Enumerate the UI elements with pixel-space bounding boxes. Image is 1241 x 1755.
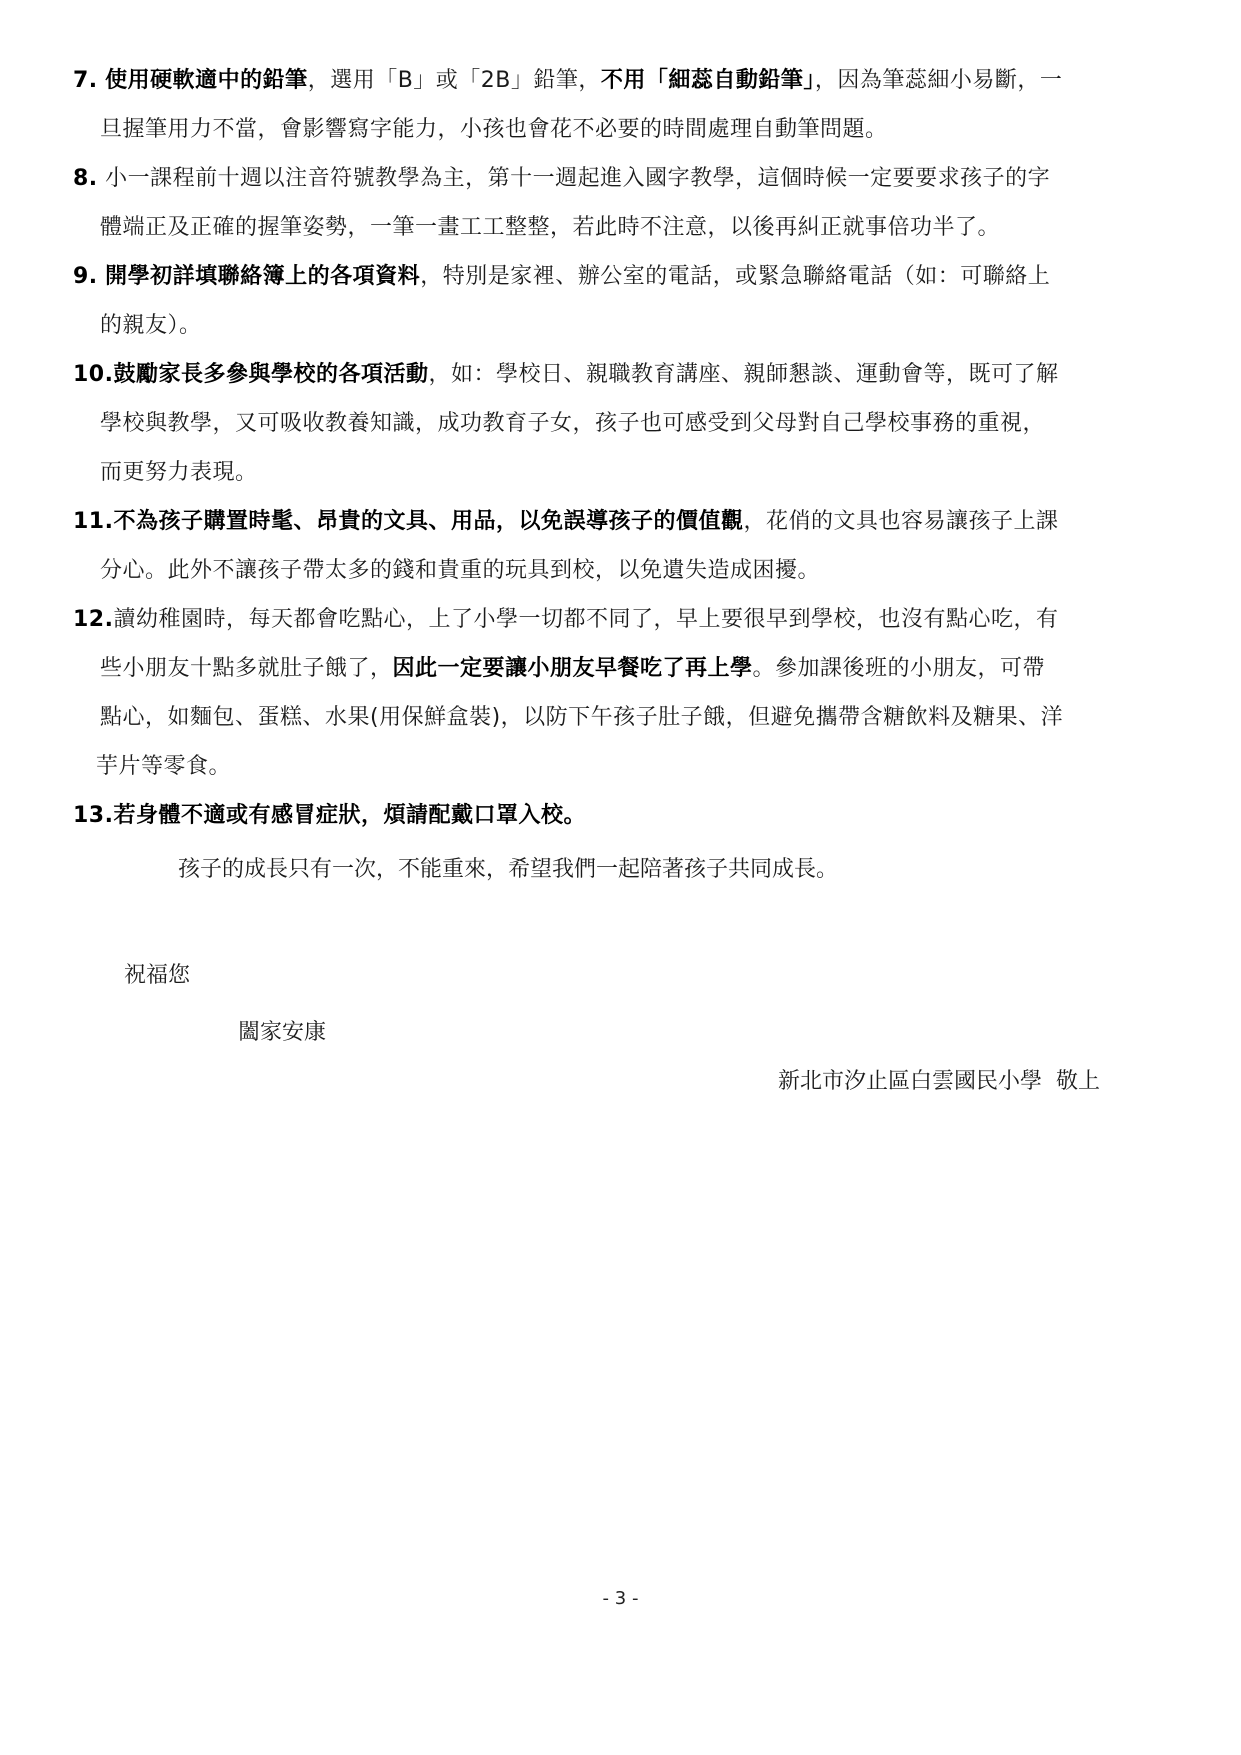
body-text: ，選用「B」或「2B」鉛筆， xyxy=(308,68,601,93)
list-item: 9. 開學初詳填聯絡簿上的各項資料，特別是家裡、辦公室的電話，或緊急聯絡電話（如… xyxy=(73,262,1050,292)
body-text: 學校與教學，又可吸收教養知識，成功教育子女，孩子也可感受到父母對自己學校事務的重… xyxy=(100,411,1045,436)
item-number: 12. xyxy=(73,607,113,632)
emphasis-text: 鼓勵家長多參與學校的各項活動 xyxy=(113,362,428,387)
item-number: 9. xyxy=(73,264,98,289)
body-text: 。參加課後班的小朋友，可帶 xyxy=(753,656,1046,681)
page-number: - 3 - xyxy=(0,1588,1241,1609)
body-text: 的親友）。 xyxy=(100,313,202,338)
list-item: 11.不為孩子購置時髦、昂貴的文具、用品，以免誤導孩子的價值觀，花俏的文具也容易… xyxy=(73,507,1059,537)
body-text: ，特別是家裡、辦公室的電話，或緊急聯絡電話（如：可聯絡上 xyxy=(420,264,1050,289)
body-text: ，花俏的文具也容易讓孩子上課 xyxy=(744,509,1059,534)
emphasis-text: 不為孩子購置時髦、昂貴的文具、用品，以免誤導孩子的價值觀 xyxy=(113,509,743,534)
body-text: 小一課程前十週以注音符號教學為主，第十一週起進入國字教學，這個時候一定要要求孩子… xyxy=(105,166,1050,191)
list-item-continuation: 芋片等零食。 xyxy=(96,752,231,782)
emphasis-text: 開學初詳填聯絡簿上的各項資料 xyxy=(105,264,420,289)
item-number: 13. xyxy=(73,803,113,828)
signature: 新北市汐止區白雲國民小學 敬上 xyxy=(778,1067,1100,1097)
body-text: ，如：學校日、親職教育講座、親師懇談、運動會等，既可了解 xyxy=(429,362,1059,387)
list-item-continuation: 些小朋友十點多就肚子餓了，因此一定要讓小朋友早餐吃了再上學。參加課後班的小朋友，… xyxy=(100,654,1045,684)
document-page: 7. 使用硬軟適中的鉛筆，選用「B」或「2B」鉛筆，不用「細蕊自動鉛筆」，因為筆… xyxy=(0,0,1241,1755)
list-item-continuation: 旦握筆用力不當，會影響寫字能力，小孩也會花不必要的時間處理自動筆問題。 xyxy=(100,115,888,145)
body-text: 些小朋友十點多就肚子餓了， xyxy=(100,656,393,681)
list-item: 10.鼓勵家長多參與學校的各項活動，如：學校日、親職教育講座、親師懇談、運動會等… xyxy=(73,360,1059,390)
wish: 闔家安康 xyxy=(238,1018,326,1048)
emphasis-text: 因此一定要讓小朋友早餐吃了再上學 xyxy=(393,656,753,681)
emphasis-text: 若身體不適或有感冒症狀，煩請配戴口罩入校。 xyxy=(113,803,586,828)
emphasis-text: 不用「細蕊自動鉛筆」 xyxy=(601,68,815,93)
list-item: 12.讀幼稚園時，每天都會吃點心，上了小學一切都不同了，早上要很早到學校，也沒有… xyxy=(73,605,1059,635)
list-item: 8. 小一課程前十週以注音符號教學為主，第十一週起進入國字教學，這個時候一定要要… xyxy=(73,164,1050,194)
item-number: 7. xyxy=(73,68,98,93)
body-text: 芋片等零食。 xyxy=(96,754,231,779)
closing-paragraph: 孩子的成長只有一次，不能重來，希望我們一起陪著孩子共同成長。 xyxy=(178,855,838,885)
body-text: 分心。此外不讓孩子帶太多的錢和貴重的玩具到校，以免遺失造成困擾。 xyxy=(100,558,820,583)
list-item-continuation: 分心。此外不讓孩子帶太多的錢和貴重的玩具到校，以免遺失造成困擾。 xyxy=(100,556,820,586)
body-text: ，因為筆蕊細小易斷，一 xyxy=(815,68,1063,93)
item-number: 11. xyxy=(73,509,113,534)
list-item-continuation: 的親友）。 xyxy=(100,311,202,341)
salutation: 祝福您 xyxy=(124,961,190,991)
body-text: 而更努力表現。 xyxy=(100,460,258,485)
item-number: 8. xyxy=(73,166,98,191)
item-number: 10. xyxy=(73,362,113,387)
list-item-continuation: 點心，如麵包、蛋糕、水果(用保鮮盒裝)，以防下午孩子肚子餓，但避免攜帶含糖飲料及… xyxy=(100,703,1063,733)
list-item: 7. 使用硬軟適中的鉛筆，選用「B」或「2B」鉛筆，不用「細蕊自動鉛筆」，因為筆… xyxy=(73,66,1062,96)
body-text: 體端正及正確的握筆姿勢，一筆一畫工工整整，若此時不注意，以後再糾正就事倍功半了。 xyxy=(100,215,1000,240)
body-text: 旦握筆用力不當，會影響寫字能力，小孩也會花不必要的時間處理自動筆問題。 xyxy=(100,117,888,142)
list-item-continuation: 體端正及正確的握筆姿勢，一筆一畫工工整整，若此時不注意，以後再糾正就事倍功半了。 xyxy=(100,213,1000,243)
list-item: 13.若身體不適或有感冒症狀，煩請配戴口罩入校。 xyxy=(73,801,586,831)
body-text: 讀幼稚園時，每天都會吃點心，上了小學一切都不同了，早上要很早到學校，也沒有點心吃… xyxy=(113,607,1058,632)
list-item-continuation: 學校與教學，又可吸收教養知識，成功教育子女，孩子也可感受到父母對自己學校事務的重… xyxy=(100,409,1045,439)
emphasis-text: 使用硬軟適中的鉛筆 xyxy=(105,68,308,93)
body-text: 點心，如麵包、蛋糕、水果(用保鮮盒裝)，以防下午孩子肚子餓，但避免攜帶含糖飲料及… xyxy=(100,705,1063,730)
list-item-continuation: 而更努力表現。 xyxy=(100,458,258,488)
